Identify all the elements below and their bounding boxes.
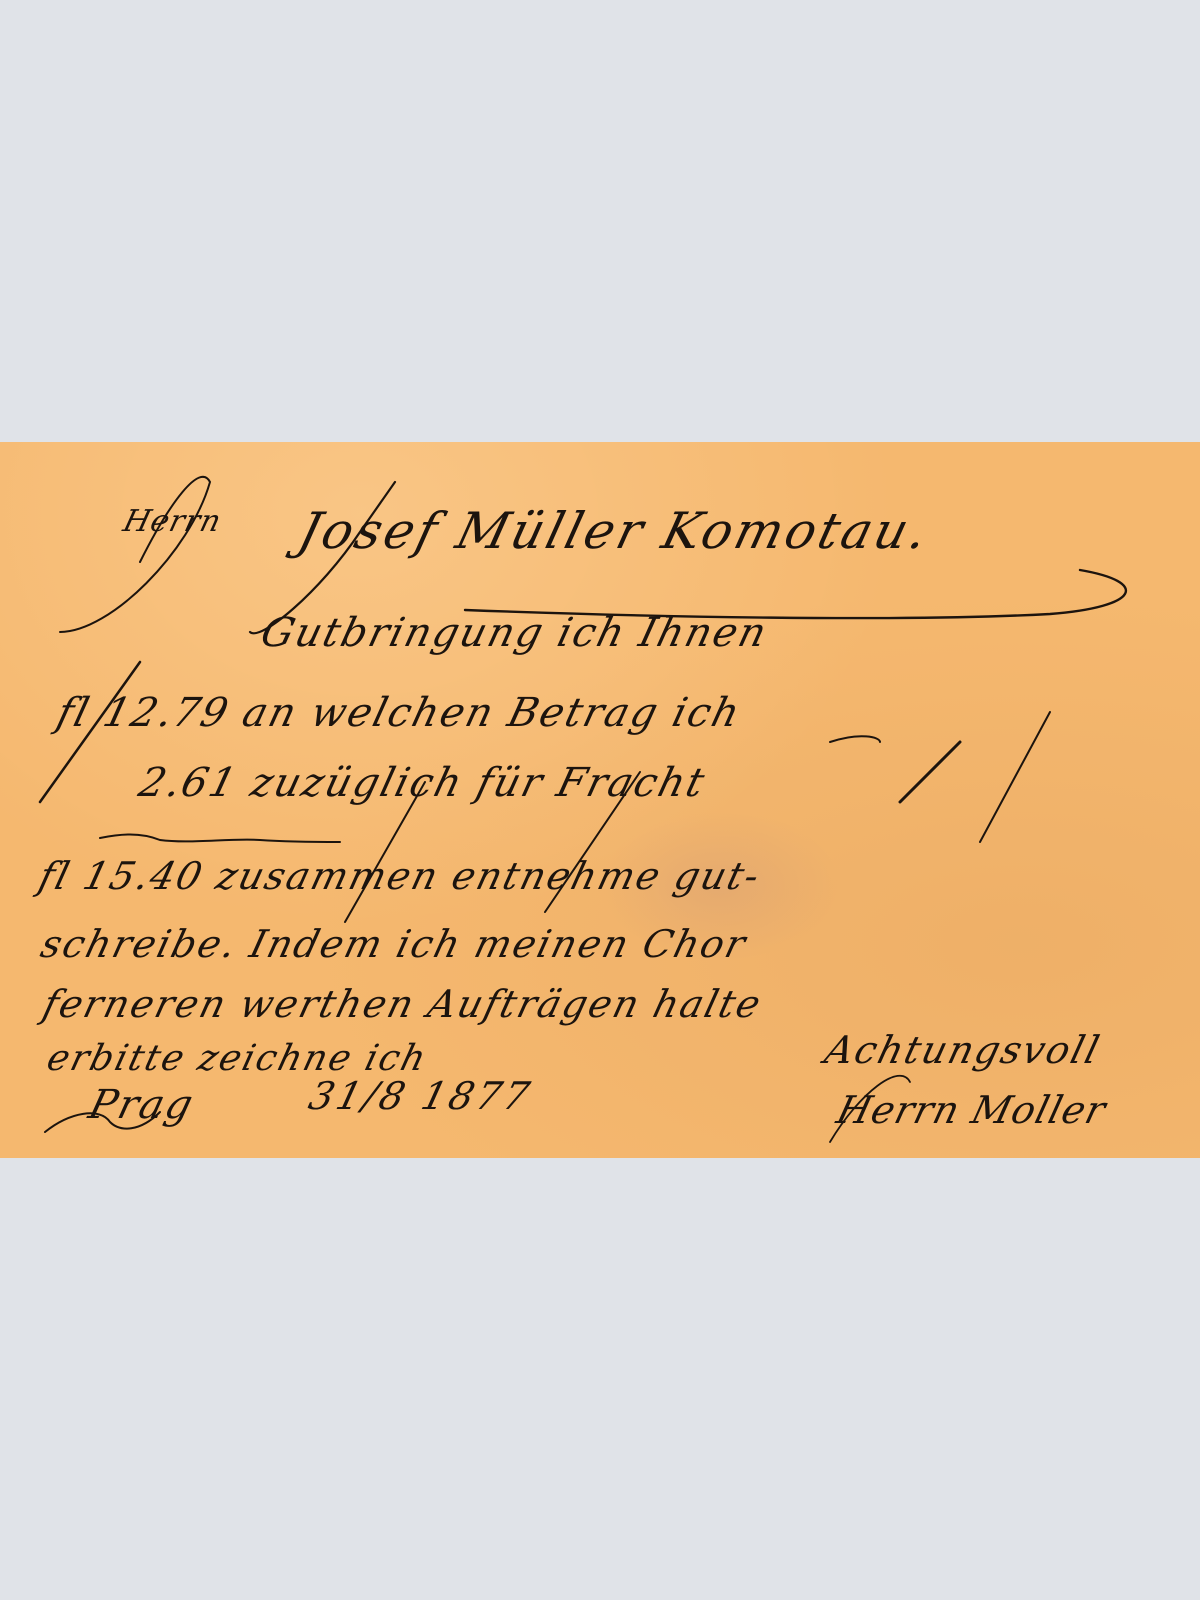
place: Prag [84, 1082, 199, 1128]
addressee: Josef Müller Komotau. [293, 502, 937, 560]
postcard: Herrn Josef Müller Komotau. Gutbringung … [0, 442, 1200, 1158]
body-line-3: 2.61 zuzüglich für Fracht [134, 760, 710, 806]
closing: Achtungsvoll [821, 1028, 1106, 1072]
body-line-5: schreibe. Indem ich meinen Chor [37, 922, 752, 966]
body-line-7: erbitte zeichne ich [43, 1038, 432, 1079]
body-line-2: fl 12.79 an welchen Betrag ich [52, 690, 746, 736]
date: 31/8 1877 [305, 1074, 537, 1118]
body-line-6: ferneren werthen Aufträgen halte [39, 982, 767, 1026]
body-line-1: Gutbringung ich Ihnen [256, 610, 772, 656]
salutation: Herrn [120, 504, 226, 539]
body-line-4: fl 15.40 zusammen entnehme gut- [35, 854, 766, 898]
signature: Herrn Moller [833, 1088, 1111, 1132]
